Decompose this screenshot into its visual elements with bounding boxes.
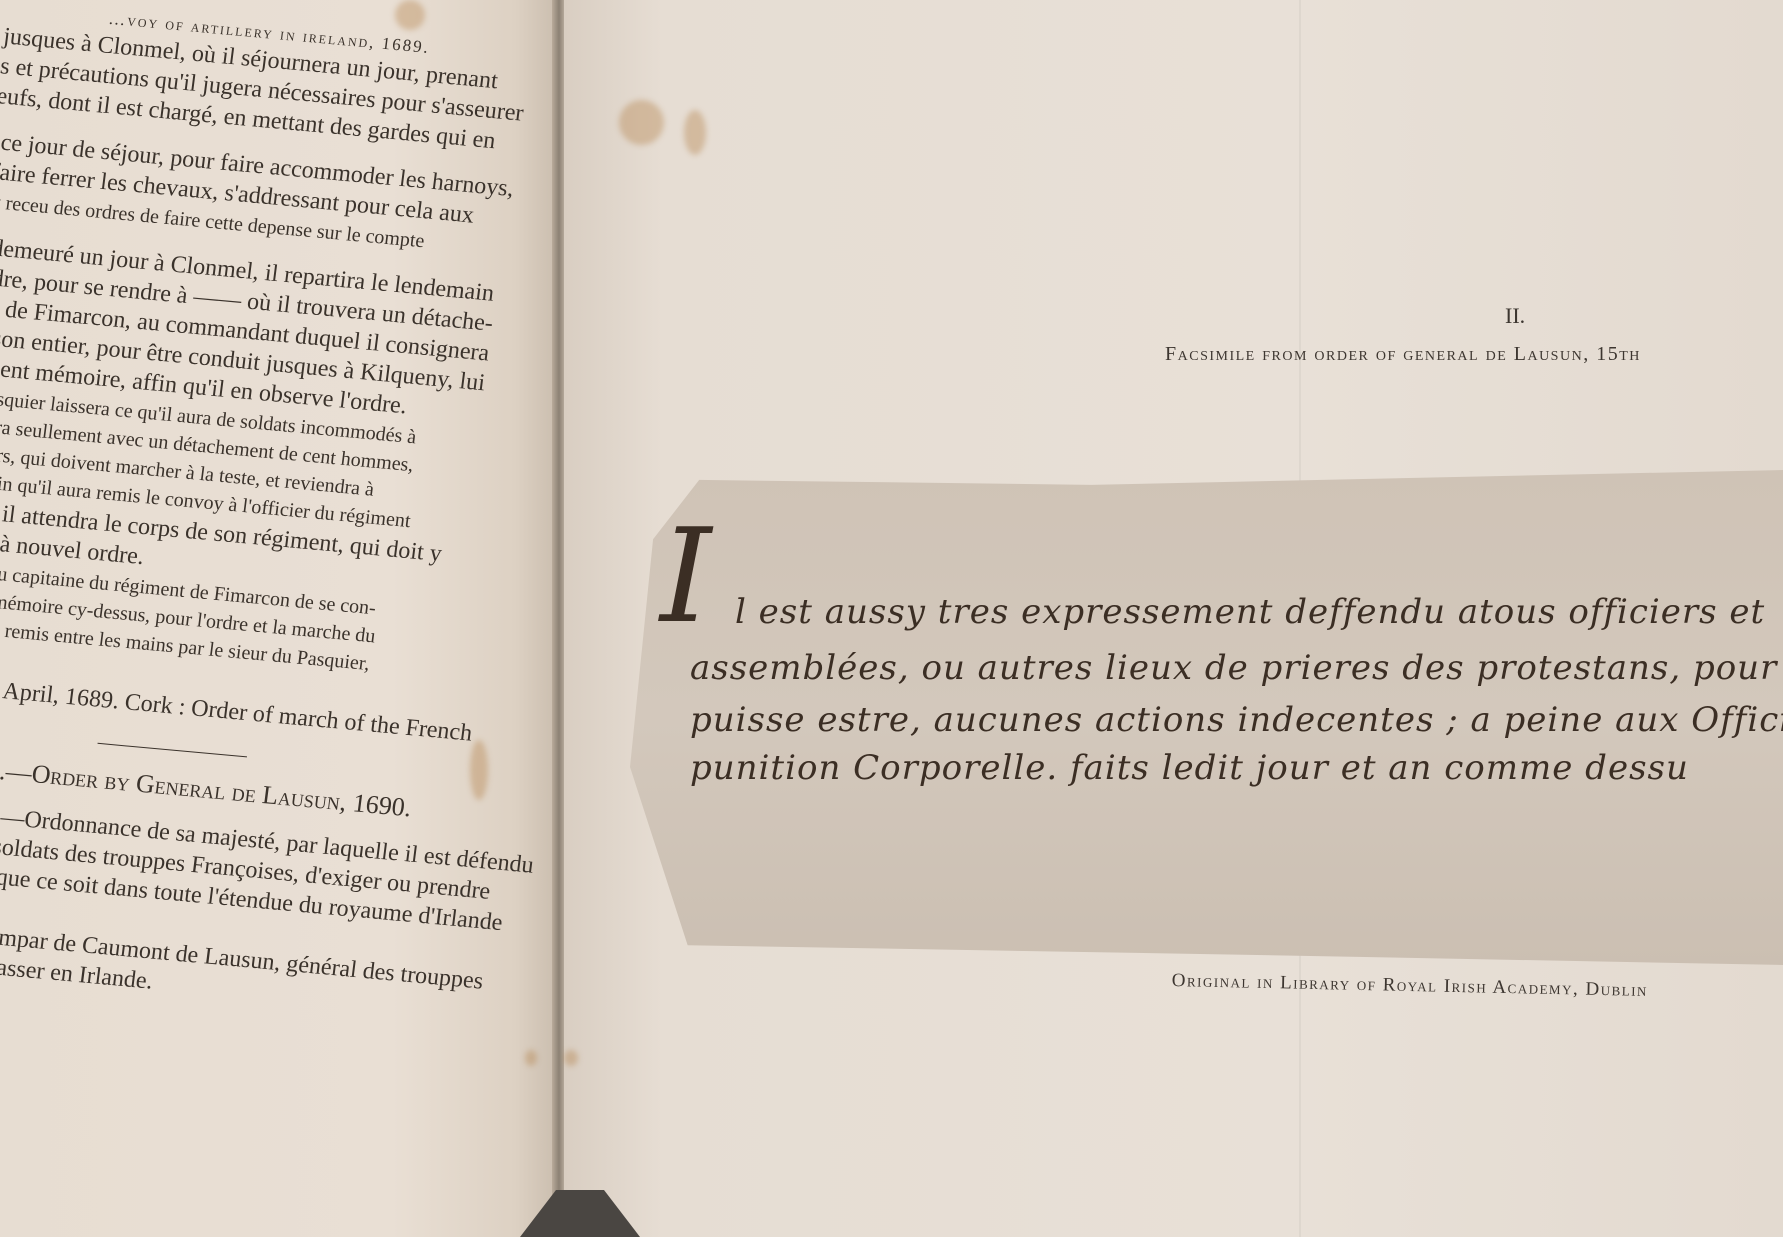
foxing-stain — [619, 100, 664, 145]
foxing-stain — [395, 0, 425, 30]
foxing-stain — [470, 740, 488, 800]
printed-text-block: …voy of artillery in ireland, 1689. y ju… — [0, 0, 528, 49]
foxing-stain — [564, 1050, 578, 1066]
left-page: …voy of artillery in ireland, 1689. y ju… — [0, 0, 560, 1237]
plate-title: Facsimile from order of general de Lausu… — [1165, 343, 1641, 366]
manuscript-line: l est aussy tres expressement deffendu a… — [735, 592, 1765, 632]
manuscript-line: punition Corporelle. faits ledit jour et… — [690, 748, 1689, 788]
manuscript-line: assemblées, ou autres lieux de prieres d… — [690, 648, 1783, 688]
manuscript-line: puisse estre, aucunes actions indecentes… — [690, 700, 1783, 740]
foxing-stain — [684, 110, 706, 155]
section-divider — [98, 743, 248, 758]
manuscript-initial: I — [660, 500, 711, 652]
foxing-stain — [525, 1050, 537, 1066]
plate-number: II. — [1505, 303, 1525, 329]
text-line: orsed : 28 April, 1689. Cork : Order of … — [0, 669, 474, 748]
